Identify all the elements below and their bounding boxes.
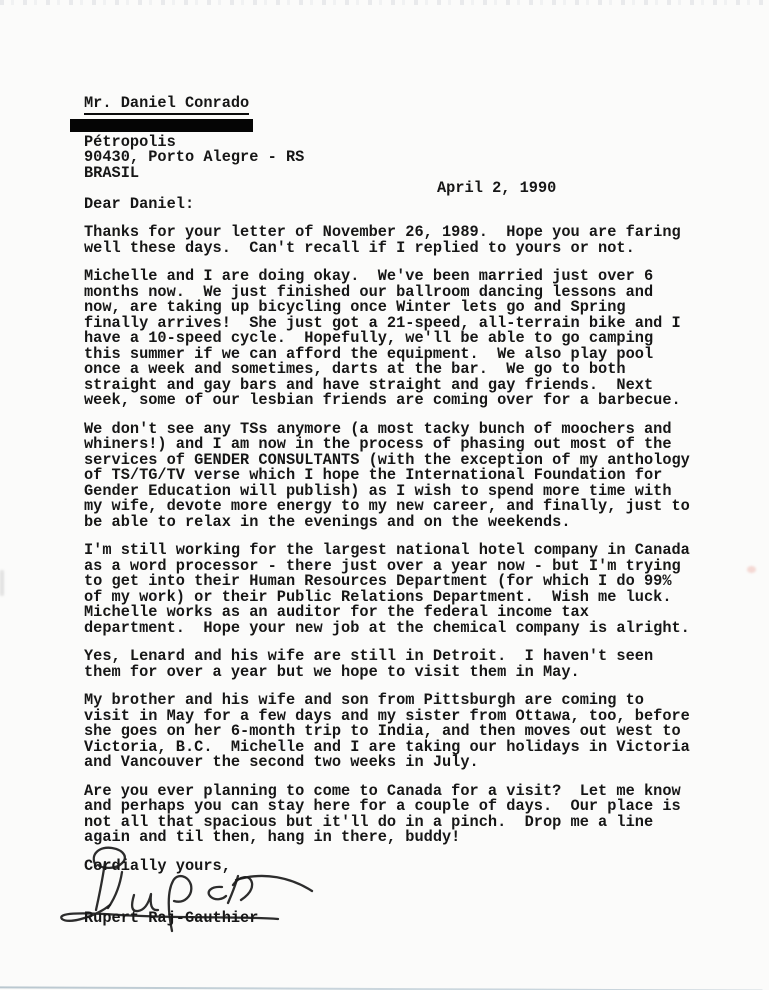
body-paragraph: Yes, Lenard and his wife are still in De… (84, 649, 769, 680)
recipient-name: Mr. Daniel Conrado (84, 96, 249, 115)
body-paragraph: Thanks for your letter of November 26, 1… (84, 225, 769, 256)
redacted-address-bar (70, 119, 253, 132)
closing-phrase: Cordially yours, (84, 859, 769, 875)
salutation: Dear Daniel: (84, 197, 769, 213)
scan-noise-top-edge (0, 0, 769, 5)
recipient-address-line: BRASIL (84, 166, 769, 182)
recipient-address-line: 90430, Porto Alegre - RS (84, 150, 769, 166)
scanned-letter-page: Mr. Daniel Conrado Pétropolis 90430, Por… (0, 0, 769, 1000)
scan-smudge (747, 566, 756, 573)
body-paragraph: My brother and his wife and son from Pit… (84, 693, 769, 771)
body-paragraph: I'm still working for the largest nation… (84, 543, 769, 636)
body-paragraph: Are you ever planning to come to Canada … (84, 784, 769, 846)
recipient-block: Mr. Daniel Conrado Pétropolis 90430, Por… (84, 0, 769, 181)
body-paragraph: We don't see any TSs anymore (a most tac… (84, 422, 769, 531)
scan-margin-below-page (0, 990, 769, 1000)
body-paragraph: Michelle and I are doing okay. We've bee… (84, 269, 769, 409)
typed-sender-name: Rupert Raj-Gauthier (84, 911, 769, 927)
closing-block: Cordially yours, Rupert Raj-Gauthier (84, 859, 769, 927)
scan-smudge (0, 570, 4, 596)
